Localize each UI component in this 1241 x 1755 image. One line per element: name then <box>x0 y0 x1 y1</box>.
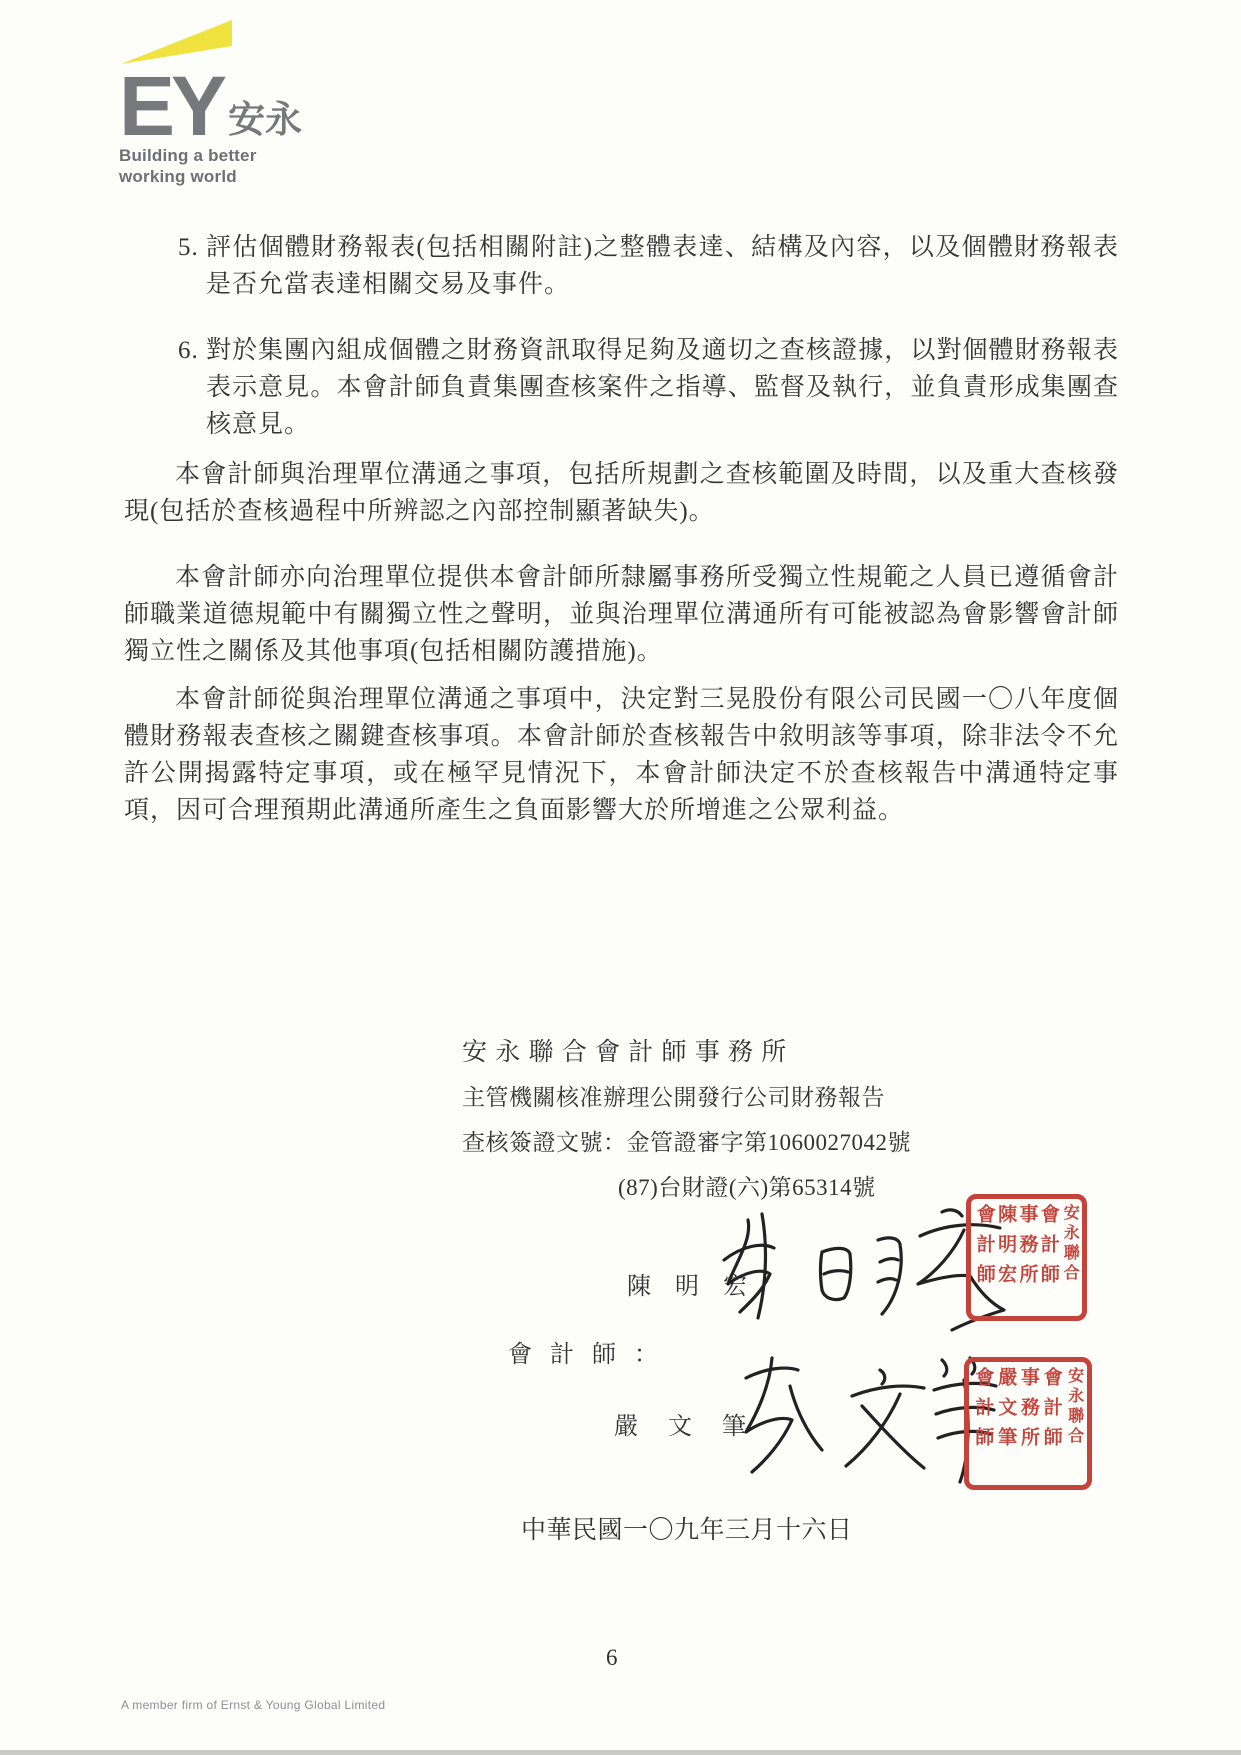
ey-logo: EY 安永 Building a better working world <box>119 20 302 187</box>
firm-block: 安 永 聯 合 會 計 師 事 務 所 主管機關核准辦理公開發行公司財務報告 查… <box>462 1030 911 1210</box>
report-date: 中華民國一〇九年三月十六日 <box>521 1510 853 1546</box>
member-firm-note: A member firm of Ernst & Young Global Li… <box>121 1698 385 1712</box>
ey-wordmark: EY <box>119 75 223 137</box>
seal-column: 會計師 <box>972 1367 992 1480</box>
list-item-5-number: 5. <box>178 229 206 303</box>
seal-column: 安永聯合 <box>1059 1204 1079 1311</box>
firm-name: 安 永 聯 合 會 計 師 事 務 所 <box>462 1030 911 1075</box>
seal-stamp-chen: 會計師 陳明宏 事務所 會計師 安永聯合 <box>966 1194 1087 1321</box>
firm-approval-line: 主管機關核准辦理公開發行公司財務報告 <box>462 1075 911 1120</box>
seal-column: 會計師 <box>1041 1367 1061 1480</box>
seal-column: 事務所 <box>1018 1367 1038 1480</box>
page-number: 6 <box>606 1645 618 1671</box>
list-item-5-text: 評估個體財務報表(包括相關附註)之整體表達、結構及內容，以及個體財務報表是否允當… <box>206 229 1119 303</box>
body-paragraph-key-audit-matters: 本會計師從與治理單位溝通之事項中，決定對三晃股份有限公司民國一〇八年度個體財務報… <box>124 681 1119 829</box>
ey-wordmark-row: EY 安永 <box>119 75 302 137</box>
firm-audit-doc-number: 查核簽證文號：金管證審字第1060027042號 <box>462 1120 911 1165</box>
body-paragraph-communication: 本會計師與治理單位溝通之事項，包括所規劃之查核範圍及時間，以及重大查核發現(包括… <box>124 456 1119 530</box>
seal-column: 會計師 <box>974 1204 994 1311</box>
body-paragraph-independence: 本會計師亦向治理單位提供本會計師所隸屬事務所受獨立性規範之人員已遵循會計師職業道… <box>124 559 1119 670</box>
seal-column: 事務所 <box>1016 1204 1036 1311</box>
list-item-5: 5. 評估個體財務報表(包括相關附註)之整體表達、結構及內容，以及個體財務報表是… <box>178 229 1119 303</box>
list-item-6-number: 6. <box>178 332 206 443</box>
accountant-name-yan: 嚴 文 筆 <box>614 1406 758 1441</box>
ey-tagline-line1: Building a better <box>119 145 302 166</box>
ey-tagline-line2: working world <box>119 166 302 187</box>
list-item-6-text: 對於集團內組成個體之財務資訊取得足夠及適切之查核證據，以對個體財務報表表示意見。… <box>206 332 1119 443</box>
ey-tagline: Building a better working world <box>119 145 302 187</box>
seal-column: 陳明宏 <box>995 1204 1015 1311</box>
scan-bottom-edge <box>0 1750 1241 1755</box>
ey-chinese-name: 安永 <box>228 103 302 137</box>
seal-column: 會計師 <box>1038 1204 1058 1311</box>
audit-report-page: EY 安永 Building a better working world 5.… <box>0 0 1241 1755</box>
accountant-label: 會 計 師 ： <box>508 1334 664 1369</box>
seal-stamp-yan: 會計師 嚴文筆 事務所 會計師 安永聯合 <box>964 1357 1092 1490</box>
list-item-6: 6. 對於集團內組成個體之財務資訊取得足夠及適切之查核證據，以對個體財務報表表示… <box>178 332 1119 443</box>
seal-column: 安永聯合 <box>1064 1367 1084 1480</box>
seal-column: 嚴文筆 <box>995 1367 1015 1480</box>
